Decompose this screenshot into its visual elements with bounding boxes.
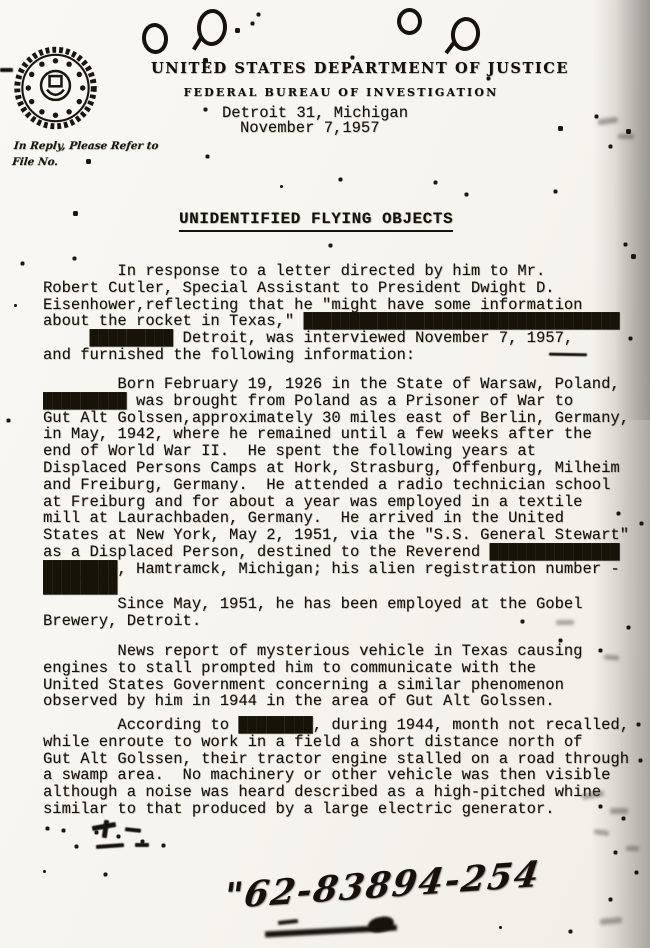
letter-date: November 7,1957 <box>240 120 380 137</box>
body-paragraph-5: According to ████████, during 1944, mont… <box>43 717 629 818</box>
body-paragraph-1: In response to a letter directed by him … <box>43 263 620 364</box>
copy-smudge <box>626 846 639 851</box>
stamp-ring-icon <box>196 8 229 47</box>
scanned-fbi-memo-page: In Reply, Please Refer to File No. UNITE… <box>0 0 650 948</box>
document-title: UNIDENTIFIED FLYING OBJECTS <box>179 209 453 232</box>
scribble-marks <box>96 843 124 849</box>
department-title: UNITED STATES DEPARTMENT OF JUSTICE <box>151 60 531 77</box>
scribble-marks <box>102 820 109 839</box>
scan-edge-shadow-upper <box>616 0 650 420</box>
fbi-seal-icon <box>13 45 98 131</box>
copy-smudge <box>556 620 574 625</box>
toner-specks <box>0 0 1 1</box>
stamp-smudge <box>278 919 298 925</box>
body-paragraph-3: Since May, 1951, he has been employed at… <box>43 596 583 630</box>
body-paragraph-2: Born February 19, 1926 in the State of W… <box>43 376 629 594</box>
stamp-ring-icon <box>140 22 169 56</box>
scribble-marks <box>125 827 141 833</box>
handwritten-file-number: "62-83894-254 <box>222 857 543 915</box>
bureau-title: FEDERAL BUREAU OF INVESTIGATION <box>151 86 531 99</box>
body-paragraph-4: News report of mysterious vehicle in Tex… <box>43 643 583 710</box>
scribble-marks <box>135 843 149 847</box>
stamp-ring-icon <box>397 8 422 35</box>
stamp-smudge <box>367 914 396 934</box>
reply-reference-note: In Reply, Please Refer to File No. <box>11 138 159 171</box>
copy-smudge <box>610 808 628 814</box>
stamp-ring-icon <box>449 15 483 53</box>
copy-smudge <box>618 134 634 139</box>
edge-dash-artifact <box>0 68 13 72</box>
